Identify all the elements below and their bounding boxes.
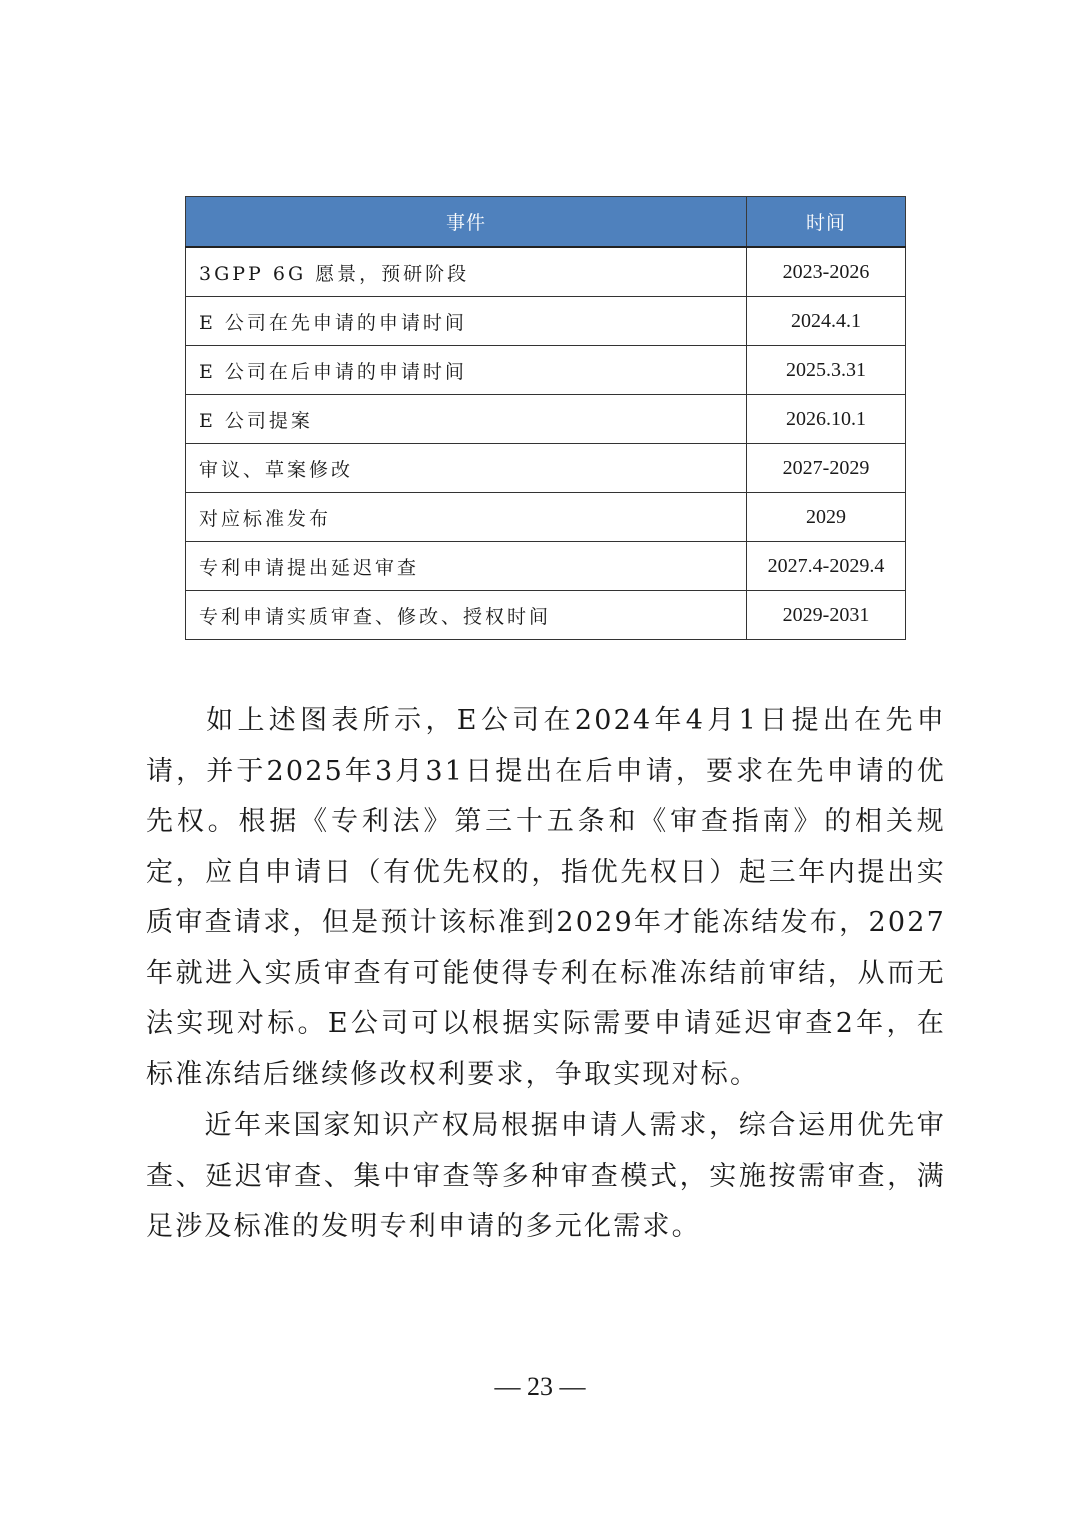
table-row: E 公司提案 2026.10.1 <box>186 395 906 444</box>
body-paragraph-2: 近年来国家知识产权局根据申请人需求，综合运用优先审查、延迟审查、集中审查等多种审… <box>146 1101 946 1253</box>
time-cell: 2029-2031 <box>747 591 906 640</box>
table-row: 专利申请实质审查、修改、授权时间 2029-2031 <box>186 591 906 640</box>
time-cell: 2027.4-2029.4 <box>747 542 906 591</box>
table-row: E 公司在后申请的申请时间 2025.3.31 <box>186 346 906 395</box>
event-cell: 专利申请实质审查、修改、授权时间 <box>186 591 747 640</box>
table-row: 3GPP 6G 愿景，预研阶段 2023-2026 <box>186 247 906 297</box>
paragraph-text: 如上述图表所示，E公司在2024年4月1日提出在先申请，并于2025年3月31日… <box>146 705 946 1090</box>
event-cell: 审议、草案修改 <box>186 444 747 493</box>
time-cell: 2029 <box>747 493 906 542</box>
paragraph-text: 近年来国家知识产权局根据申请人需求，综合运用优先审查、延迟审查、集中审查等多种审… <box>146 1110 946 1242</box>
time-cell: 2025.3.31 <box>747 346 906 395</box>
table-row: 审议、草案修改 2027-2029 <box>186 444 906 493</box>
page-number: — 23 — <box>0 1372 1080 1402</box>
body-paragraph-1: 如上述图表所示，E公司在2024年4月1日提出在先申请，并于2025年3月31日… <box>146 696 946 1100</box>
event-cell: E 公司提案 <box>186 395 747 444</box>
event-cell: 专利申请提出延迟审查 <box>186 542 747 591</box>
event-cell: 3GPP 6G 愿景，预研阶段 <box>186 247 747 297</box>
event-cell: E 公司在先申请的申请时间 <box>186 297 747 346</box>
event-cell: 对应标准发布 <box>186 493 747 542</box>
table-header-row: 事件 时间 <box>186 197 906 248</box>
time-cell: 2024.4.1 <box>747 297 906 346</box>
table-row: 对应标准发布 2029 <box>186 493 906 542</box>
column-header-event: 事件 <box>186 197 747 248</box>
time-cell: 2026.10.1 <box>747 395 906 444</box>
time-cell: 2027-2029 <box>747 444 906 493</box>
column-header-time: 时间 <box>747 197 906 248</box>
event-cell: E 公司在后申请的申请时间 <box>186 346 747 395</box>
time-cell: 2023-2026 <box>747 247 906 297</box>
table-row: E 公司在先申请的申请时间 2024.4.1 <box>186 297 906 346</box>
timeline-table-container: 事件 时间 3GPP 6G 愿景，预研阶段 2023-2026 E 公司在先申请… <box>185 196 905 640</box>
timeline-table: 事件 时间 3GPP 6G 愿景，预研阶段 2023-2026 E 公司在先申请… <box>185 196 906 640</box>
table-row: 专利申请提出延迟审查 2027.4-2029.4 <box>186 542 906 591</box>
